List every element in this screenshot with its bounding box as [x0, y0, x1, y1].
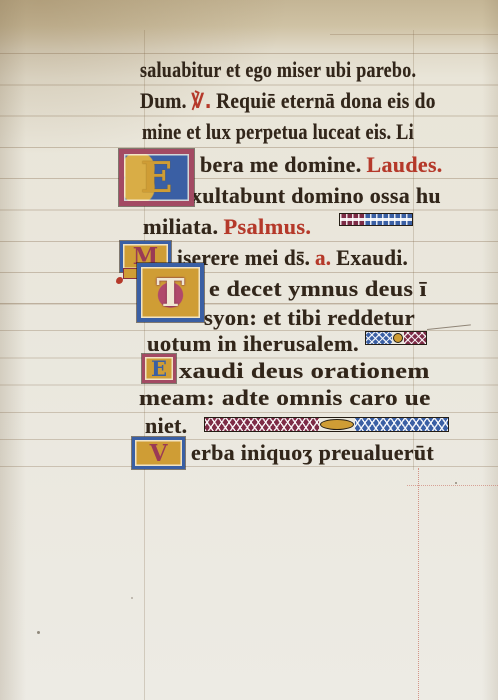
parchment-speck	[37, 631, 40, 634]
line-filler-chain	[339, 213, 413, 226]
initial-letter: V	[150, 440, 168, 467]
illuminated-initial-E2: E	[142, 354, 176, 383]
rubric-run: Laudes.	[367, 152, 443, 177]
text-run: Requiē eternā dona eis do	[216, 88, 436, 113]
illuminated-initial-E: E	[119, 149, 194, 206]
text-line: saluabitur et ego miser ubi parebo.	[140, 55, 416, 85]
rubric-run: Psalmus.	[223, 214, 311, 239]
text-run: niet.	[145, 413, 187, 438]
filler-maroon-segment	[404, 332, 426, 344]
red-margin-ruling-horizontal	[407, 485, 498, 486]
illuminated-initial-T: T	[137, 263, 204, 322]
text-run: miliata.	[143, 214, 218, 239]
text-line: mine et lux perpetua luceat eis. Li	[142, 117, 414, 147]
text-run: mine et lux perpetua luceat eis. Li	[142, 119, 414, 144]
text-line: bera me domine.Laudes.	[200, 150, 448, 180]
filler-gold-oval	[320, 419, 354, 430]
horizontal-ruling-top	[330, 34, 498, 35]
initial-letter: E	[151, 356, 167, 381]
initial-letter: T	[156, 270, 184, 315]
versicle-mark: ℣.	[191, 89, 212, 113]
text-run: xultabunt domino ossa hu	[191, 183, 441, 208]
filler-maroon-segment	[205, 418, 319, 431]
text-run: e decet ymnus deus ī	[209, 276, 427, 301]
text-line: uotum in iherusalem.	[147, 329, 359, 359]
text-run: saluabitur et ego miser ubi parebo.	[140, 57, 416, 82]
text-run: Dum.	[140, 88, 187, 113]
manuscript-photo: saluabitur et ego miser ubi parebo. Dum.…	[0, 0, 498, 700]
parchment-speck	[131, 597, 133, 599]
parchment-speck	[455, 482, 457, 484]
illuminated-initial-V: V	[132, 437, 185, 469]
text-run: erba iniquoʒ preualuerūt	[191, 440, 434, 465]
text-line: erba iniquoʒ preualuerūt	[191, 438, 434, 468]
text-line: miliata.Psalmus.	[143, 212, 316, 242]
text-line: e decet ymnus deus ī	[209, 274, 427, 304]
antiphon-mark: a.	[315, 245, 331, 270]
text-run: Exaudi.	[336, 245, 408, 270]
filler-blue-segment	[355, 418, 448, 431]
text-line: Dum.℣.Requiē eternā dona eis do	[140, 86, 436, 116]
filler-gold-dot	[393, 333, 403, 343]
filler-maroon-segment	[340, 214, 364, 225]
text-line: xaudi deus orationem	[179, 356, 430, 386]
line-filler-saltire	[365, 331, 427, 345]
red-margin-ruling-vertical	[418, 468, 419, 700]
text-line: meam: adte omnis caro ue	[139, 383, 431, 413]
text-run: xaudi deus orationem	[179, 358, 430, 383]
line-filler-chevron	[204, 417, 449, 432]
text-line: iserere mei ds̄.a.Exaudi.	[177, 243, 408, 273]
filler-blue-segment	[366, 332, 392, 344]
filler-blue-segment	[364, 214, 412, 225]
text-run: bera me domine.	[200, 152, 362, 177]
text-run: syon: et tibi reddetur	[204, 305, 415, 330]
text-run: meam: adte omnis caro ue	[139, 385, 431, 410]
text-run: uotum in iherusalem.	[147, 331, 359, 356]
initial-letter: E	[140, 153, 172, 202]
text-line: xultabunt domino ossa hu	[191, 181, 441, 211]
